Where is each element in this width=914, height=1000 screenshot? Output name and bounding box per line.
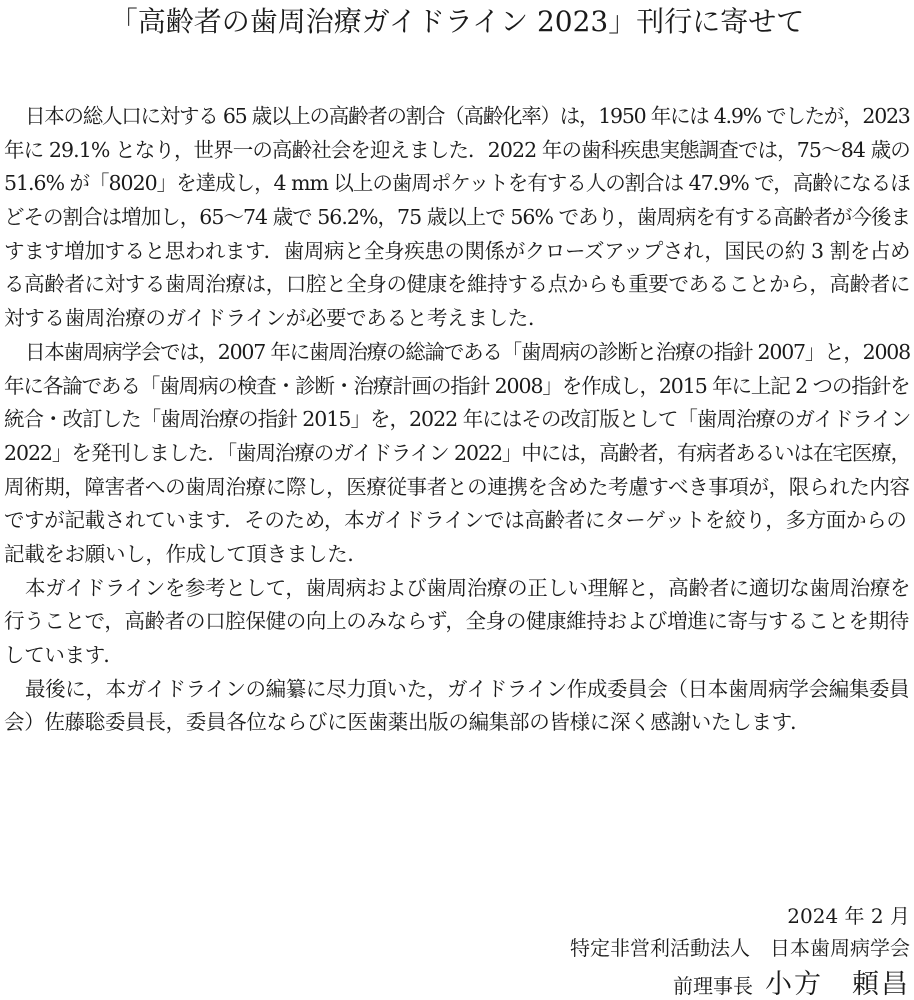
paragraph-line: 統合・改訂した「歯周治療の指針 2015」を，2022 年にはその改訂版として「… — [4, 403, 912, 437]
paragraph-line: 51.6% が「8020」を達成し，4 mm 以上の歯周ポケットを有する人の割合… — [4, 167, 912, 201]
document-body: 日本の総人口に対する 65 歳以上の高齢者の割合（高齢化率）は，1950 年には… — [4, 100, 912, 740]
paragraph: 最後に，本ガイドラインの編纂に尽力頂いた，ガイドライン作成委員会（日本歯周病学会… — [4, 673, 912, 740]
paragraph-line: 周術期，障害者への歯周治療に際し，医療従事者との連携を含めた考慮すべき事項が，限… — [4, 471, 912, 505]
signature-organization: 特定非営利活動法人日本歯周病学会 — [570, 932, 910, 961]
paragraph-line: ですが記載されています．そのため，本ガイドラインでは高齢者にターゲットを絞り，多… — [4, 504, 912, 538]
signature-name: 前理事長小方 頼昌 — [673, 962, 910, 1000]
paragraph-line: 本ガイドラインを参考として，歯周病および歯周治療の正しい理解と，高齢者に適切な歯… — [4, 572, 912, 606]
paragraph-line: 対する歯周治療のガイドラインが必要であると考えました． — [4, 302, 912, 336]
paragraph-line: る高齢者に対する歯周治療は，口腔と全身の健康を維持する点からも重要であることから… — [4, 268, 912, 302]
signatory-name: 小方 頼昌 — [765, 969, 910, 1000]
organization-type: 特定非営利活動法人 — [570, 936, 750, 960]
paragraph-line: 記載をお願いし，作成して頂きました． — [4, 538, 912, 572]
paragraph-line: 年に 29.1% となり，世界一の高齢社会を迎えました．2022 年の歯科疾患実… — [4, 134, 912, 168]
document-title: 「高齢者の歯周治療ガイドライン 2023」刊行に寄せて — [0, 2, 914, 42]
paragraph-line: 行うことで，高齢者の口腔保健の向上のみならず，全身の健康維持および増進に寄与する… — [4, 605, 912, 639]
paragraph-line: どその割合は増加し，65〜74 歳で 56.2%，75 歳以上で 56% であり… — [4, 201, 912, 235]
organization-name: 日本歯周病学会 — [770, 936, 910, 960]
signatory-role: 前理事長 — [673, 974, 753, 998]
paragraph: 本ガイドラインを参考として，歯周病および歯周治療の正しい理解と，高齢者に適切な歯… — [4, 572, 912, 673]
paragraph-line: しています． — [4, 639, 912, 673]
paragraph-line: 会）佐藤聡委員長，委員各位ならびに医歯薬出版の編集部の皆様に深く感謝いたします． — [4, 706, 912, 740]
paragraph-line: 最後に，本ガイドラインの編纂に尽力頂いた，ガイドライン作成委員会（日本歯周病学会… — [4, 673, 912, 707]
paragraph-line: 日本歯周病学会では，2007 年に歯周治療の総論である「歯周病の診断と治療の指針… — [4, 336, 912, 370]
paragraph-line: すます増加すると思われます．歯周病と全身疾患の関係がクローズアップされ，国民の約… — [4, 235, 912, 269]
paragraph-line: 年に各論である「歯周病の検査・診断・治療計画の指針 2008」を作成し，2015… — [4, 370, 912, 404]
paragraph-line: 2022」を発刊しました．「歯周治療のガイドライン 2022」中には，高齢者，有… — [4, 437, 912, 471]
paragraph: 日本の総人口に対する 65 歳以上の高齢者の割合（高齢化率）は，1950 年には… — [4, 100, 912, 336]
signature-date: 2024 年 2 月 — [787, 900, 910, 929]
paragraph-line: 日本の総人口に対する 65 歳以上の高齢者の割合（高齢化率）は，1950 年には… — [4, 100, 912, 134]
paragraph: 日本歯周病学会では，2007 年に歯周治療の総論である「歯周病の診断と治療の指針… — [4, 336, 912, 572]
